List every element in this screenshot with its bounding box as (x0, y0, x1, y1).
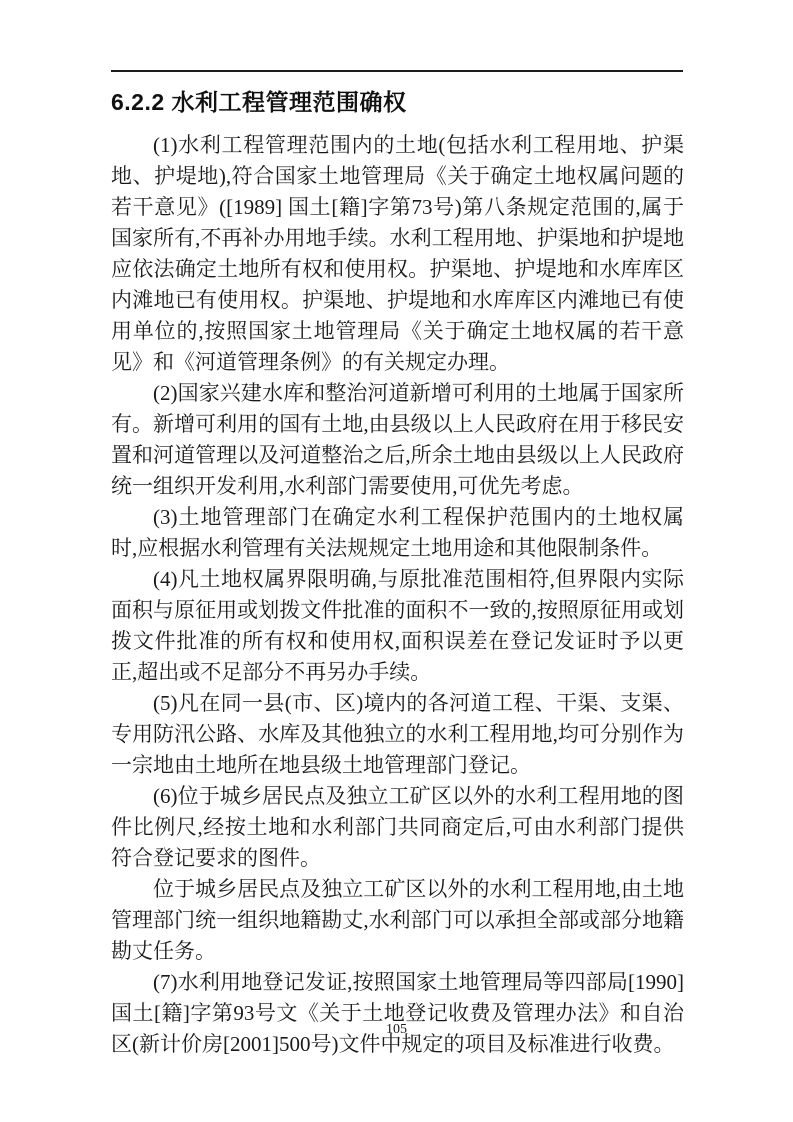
page-content: 6.2.2 水利工程管理范围确权 (1)水利工程管理范围内的土地(包括水利工程用… (111, 86, 684, 1060)
page-number: 105 (0, 1022, 793, 1038)
paragraph-2: (2)国家兴建水库和整治河道新增可利用的土地属于国家所有。新增可利用的国有土地,… (111, 378, 684, 502)
paragraph-1: (1)水利工程管理范围内的土地(包括水利工程用地、护渠地、护堤地),符合国家土地… (111, 130, 684, 378)
header-rule-divider (111, 70, 683, 72)
document-page: 6.2.2 水利工程管理范围确权 (1)水利工程管理范围内的土地(包括水利工程用… (0, 0, 793, 1122)
paragraph-6: (6)位于城乡居民点及独立工矿区以外的水利工程用地的图件比例尺,经按土地和水利部… (111, 781, 684, 874)
paragraph-5: (5)凡在同一县(市、区)境内的各河道工程、干渠、支渠、专用防汛公路、水库及其他… (111, 688, 684, 781)
paragraph-6-continuation: 位于城乡居民点及独立工矿区以外的水利工程用地,由土地管理部门统一组织地籍勘丈,水… (111, 874, 684, 967)
section-heading: 6.2.2 水利工程管理范围确权 (111, 86, 684, 118)
paragraph-3: (3)土地管理部门在确定水利工程保护范围内的土地权属时,应根据水利管理有关法规规… (111, 502, 684, 564)
paragraph-4: (4)凡土地权属界限明确,与原批准范围相符,但界限内实际面积与原征用或划拨文件批… (111, 564, 684, 688)
body-text-block: (1)水利工程管理范围内的土地(包括水利工程用地、护渠地、护堤地),符合国家土地… (111, 130, 684, 1060)
paragraph-7: (7)水利用地登记发证,按照国家土地管理局等四部局[1990] 国土[籍]字第9… (111, 967, 684, 1060)
